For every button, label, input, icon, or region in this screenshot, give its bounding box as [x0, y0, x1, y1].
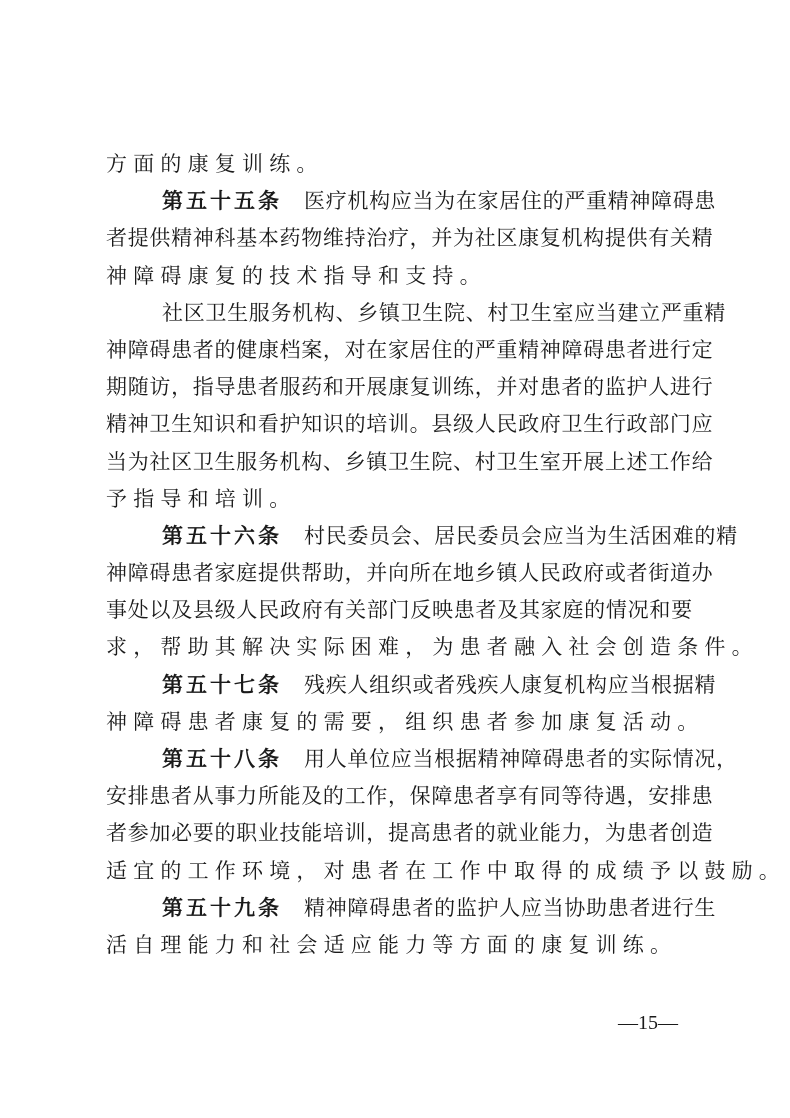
text-line: 安 排 患 者 从 事 力 所 能 及 的 工 作 ， 保 障 患 者 享 有 … — [106, 778, 692, 815]
line-text: 村 民 委 员 会 、 居 民 委 员 会 应 当 为 生 活 困 难 的 精 — [304, 524, 737, 548]
line-text: 神 障 碍 患 者 家 庭 提 供 帮 助 ， 并 向 所 在 地 乡 镇 人 … — [106, 561, 713, 585]
text-line: 方面的康复训练。 — [106, 146, 692, 183]
text-line: 神 障 碍 患 者 的 健 康 档 案 ， 对 在 家 居 住 的 严 重 精 … — [106, 332, 692, 369]
article-heading-line: 第五十七条残 疾 人 组 织 或 者 残 疾 人 康 复 机 构 应 当 根 据… — [106, 667, 692, 704]
body-text: 方面的康复训练。 第五十五条医 疗 机 构 应 当 为 在 家 居 住 的 严 … — [106, 146, 692, 964]
text-line: 事 处 以 及 县 级 人 民 政 府 有 关 部 门 反 映 患 者 及 其 … — [106, 592, 692, 629]
line-text: 残 疾 人 组 织 或 者 残 疾 人 康 复 机 构 应 当 根 据 精 — [304, 673, 715, 697]
article-number: 第五十七条 — [162, 673, 282, 697]
line-text: 活自理能力和社会适应能力等方面的康复训练。 — [106, 933, 677, 957]
line-text: 适宜的工作环境，对患者在工作中取得的成绩予以鼓励。 — [106, 859, 786, 883]
article-number: 第五十五条 — [162, 189, 282, 213]
article-heading-line: 第五十九条精 神 障 碍 患 者 的 监 护 人 应 当 协 助 患 者 进 行… — [106, 890, 692, 927]
line-text: 事 处 以 及 县 级 人 民 政 府 有 关 部 门 反 映 患 者 及 其 … — [106, 598, 692, 622]
page-number: —15— — [618, 1012, 678, 1035]
text-line: 活自理能力和社会适应能力等方面的康复训练。 — [106, 927, 692, 964]
article-heading-line: 第五十六条村 民 委 员 会 、 居 民 委 员 会 应 当 为 生 活 困 难… — [106, 518, 692, 555]
line-text: 精 神 障 碍 患 者 的 监 护 人 应 当 协 助 患 者 进 行 生 — [304, 896, 715, 920]
line-text: 精 神 卫 生 知 识 和 看 护 知 识 的 培 训 。 县 级 人 民 政 … — [106, 412, 713, 436]
line-text: 当 为 社 区 卫 生 服 务 机 构 、 乡 镇 卫 生 院 、 村 卫 生 … — [106, 450, 713, 474]
document-page: 方面的康复训练。 第五十五条医 疗 机 构 应 当 为 在 家 居 住 的 严 … — [0, 0, 790, 1118]
line-text: 者 提 供 精 神 科 基 本 药 物 维 持 治 疗 ， 并 为 社 区 康 … — [106, 226, 713, 250]
article-number: 第五十六条 — [162, 524, 282, 548]
line-text: 用 人 单 位 应 当 根 据 精 神 障 碍 患 者 的 实 际 情 况 ， — [304, 747, 737, 771]
text-line: 予指导和培训。 — [106, 481, 692, 518]
line-text: 方面的康复训练。 — [106, 152, 324, 176]
line-text: 医 疗 机 构 应 当 为 在 家 居 住 的 严 重 精 神 障 碍 患 — [304, 189, 715, 213]
text-line: 期 随 访 ， 指 导 患 者 服 药 和 开 展 康 复 训 练 ， 并 对 … — [106, 369, 692, 406]
line-text: 神障碍康复的技术指导和支持。 — [106, 264, 487, 288]
text-line: 神 障 碍 患 者 家 庭 提 供 帮 助 ， 并 向 所 在 地 乡 镇 人 … — [106, 555, 692, 592]
text-line: 神障碍康复的技术指导和支持。 — [106, 258, 692, 295]
text-line: 者 提 供 精 神 科 基 本 药 物 维 持 治 疗 ， 并 为 社 区 康 … — [106, 220, 692, 257]
article-number: 第五十九条 — [162, 896, 282, 920]
line-text: 社 区 卫 生 服 务 机 构 、 乡 镇 卫 生 院 、 村 卫 生 室 应 … — [162, 301, 725, 325]
text-line: 者 参 加 必 要 的 职 业 技 能 培 训 ， 提 高 患 者 的 就 业 … — [106, 815, 692, 852]
line-text: 神 障 碍 患 者 的 健 康 档 案 ， 对 在 家 居 住 的 严 重 精 … — [106, 338, 713, 362]
text-line: 神障碍患者康复的需要，组织患者参加康复活动。 — [106, 704, 692, 741]
line-text: 安 排 患 者 从 事 力 所 能 及 的 工 作 ， 保 障 患 者 享 有 … — [106, 784, 713, 808]
line-text: 者 参 加 必 要 的 职 业 技 能 培 训 ， 提 高 患 者 的 就 业 … — [106, 821, 713, 845]
text-line: 精 神 卫 生 知 识 和 看 护 知 识 的 培 训 。 县 级 人 民 政 … — [106, 406, 692, 443]
line-text: 求，帮助其解决实际困难，为患者融入社会创造条件。 — [106, 635, 759, 659]
text-line: 社 区 卫 生 服 务 机 构 、 乡 镇 卫 生 院 、 村 卫 生 室 应 … — [106, 295, 692, 332]
article-heading-line: 第五十八条用 人 单 位 应 当 根 据 精 神 障 碍 患 者 的 实 际 情… — [106, 741, 692, 778]
text-line: 当 为 社 区 卫 生 服 务 机 构 、 乡 镇 卫 生 院 、 村 卫 生 … — [106, 444, 692, 481]
text-line: 适宜的工作环境，对患者在工作中取得的成绩予以鼓励。 — [106, 853, 692, 890]
line-text: 期 随 访 ， 指 导 患 者 服 药 和 开 展 康 复 训 练 ， 并 对 … — [106, 375, 713, 399]
article-heading-line: 第五十五条医 疗 机 构 应 当 为 在 家 居 住 的 严 重 精 神 障 碍… — [106, 183, 692, 220]
article-number: 第五十八条 — [162, 747, 282, 771]
line-text: 予指导和培训。 — [106, 487, 296, 511]
text-line: 求，帮助其解决实际困难，为患者融入社会创造条件。 — [106, 629, 692, 666]
line-text: 神障碍患者康复的需要，组织患者参加康复活动。 — [106, 710, 704, 734]
